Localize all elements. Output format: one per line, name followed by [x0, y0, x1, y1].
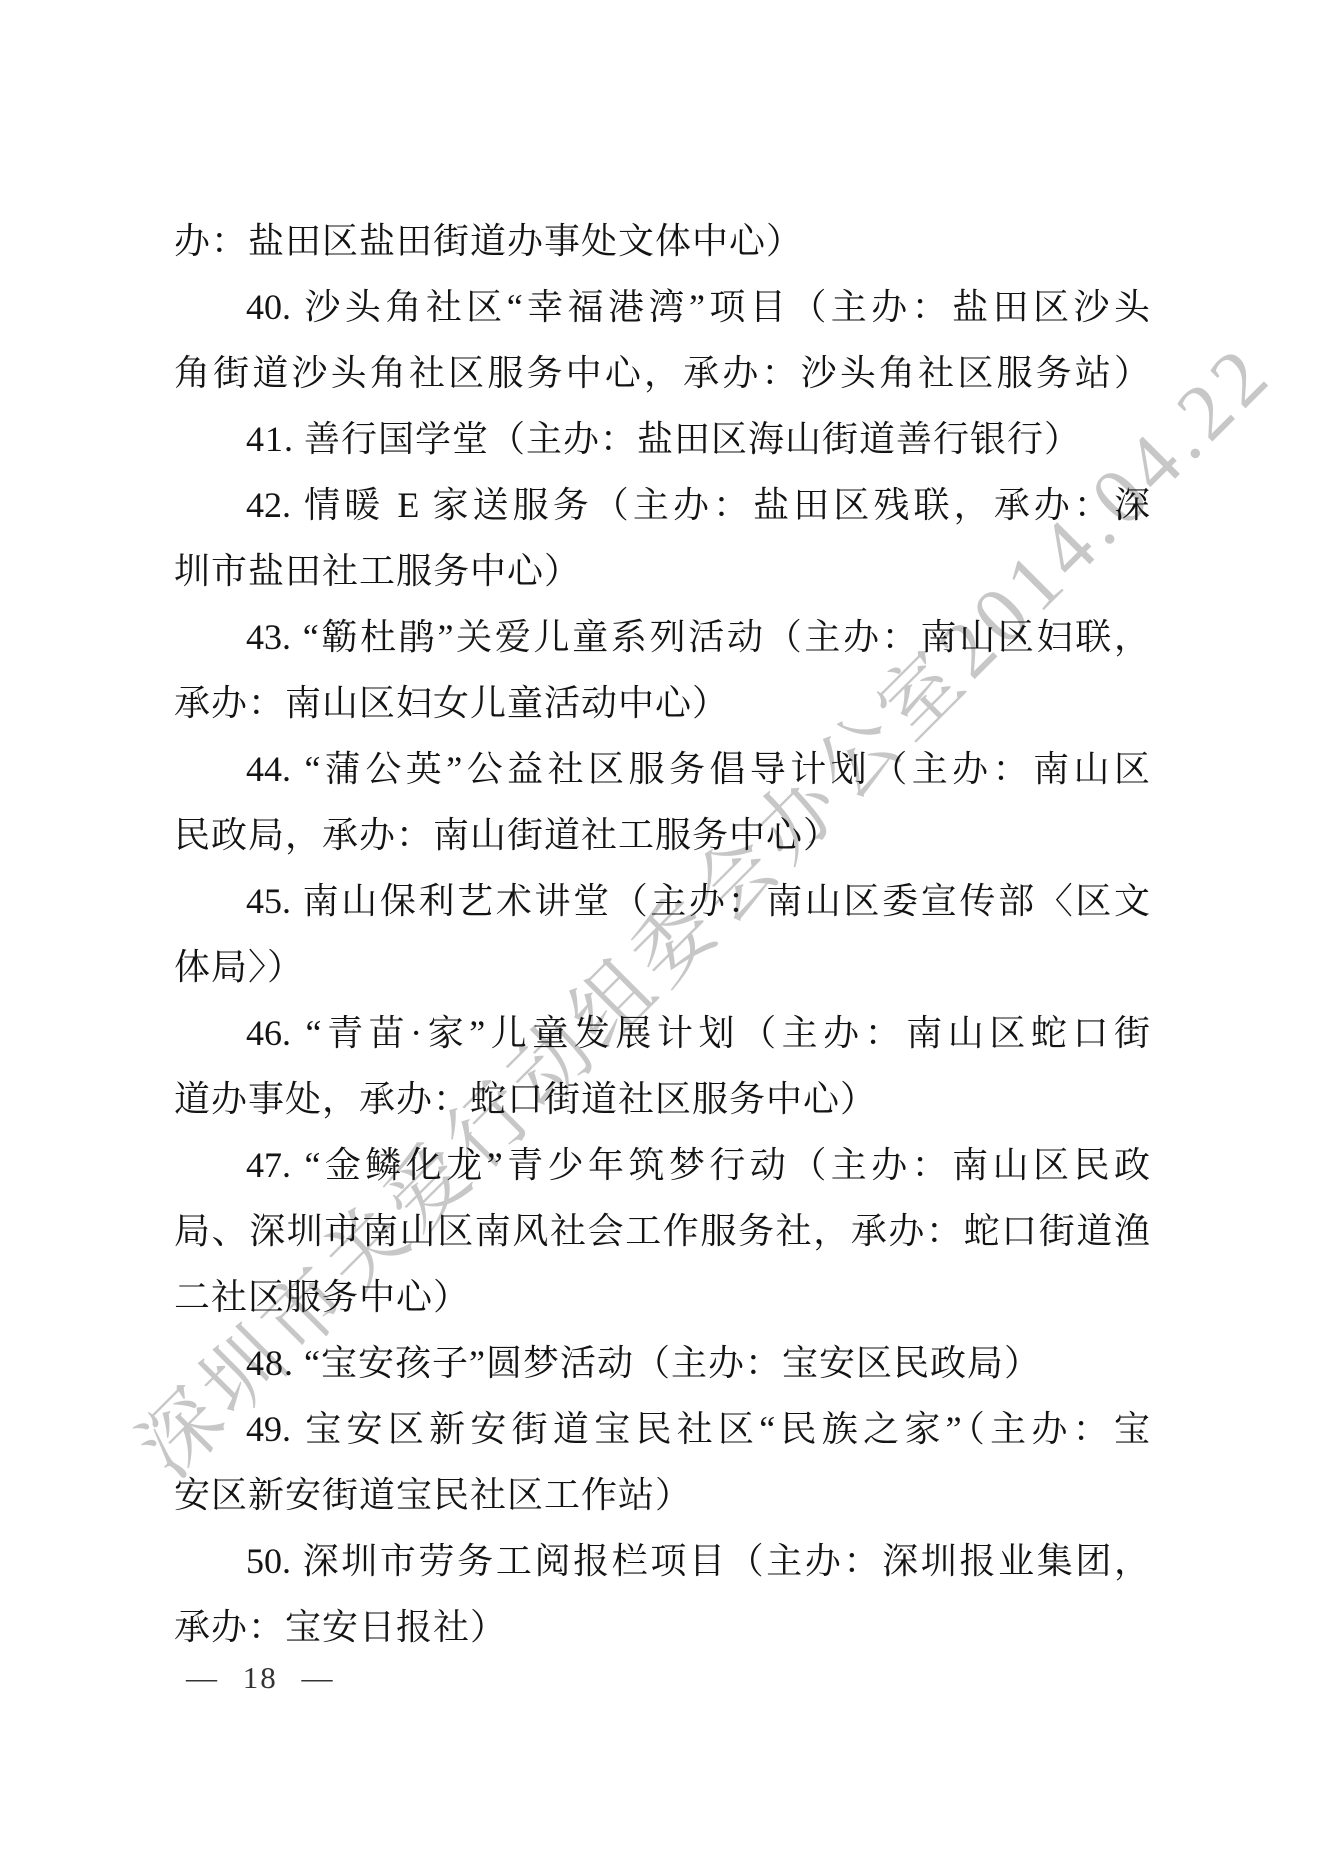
text-line: 46. “青苗·家”儿童发展计划（主办：南山区蛇口街 [174, 1000, 1150, 1066]
text-line: 44. “蒲公英”公益社区服务倡导计划（主办：南山区 [174, 736, 1150, 802]
text-line: 承办：南山区妇女儿童活动中心） [174, 670, 1150, 736]
text-line: 道办事处，承办：蛇口街道社区服务中心） [174, 1066, 1150, 1132]
text-line: 承办：宝安日报社） [174, 1594, 1150, 1660]
text-line: 体局〉） [174, 934, 1150, 1000]
document-page: 深圳市关爱行动组委会办公室2014.04.22 办：盐田区盐田街道办事处文体中心… [0, 0, 1323, 1871]
text-line: 民政局，承办：南山街道社工服务中心） [174, 802, 1150, 868]
page-number: — 18 — [186, 1660, 335, 1695]
text-line: 49. 宝安区新安街道宝民社区“民族之家”（主办：宝 [174, 1396, 1150, 1462]
text-line: 办：盐田区盐田街道办事处文体中心） [174, 208, 1150, 274]
text-line: 41. 善行国学堂（主办：盐田区海山街道善行银行） [174, 406, 1150, 472]
page-footer: — 18 — [186, 1658, 335, 1698]
text-line: 42. 情暖 E 家送服务（主办：盐田区残联，承办：深 [174, 472, 1150, 538]
text-line: 50. 深圳市劳务工阅报栏项目（主办：深圳报业集团， [174, 1528, 1150, 1594]
text-line: 47. “金鳞化龙”青少年筑梦行动（主办：南山区民政 [174, 1132, 1150, 1198]
text-line: 40. 沙头角社区“幸福港湾”项目（主办：盐田区沙头 [174, 274, 1150, 340]
text-line: 45. 南山保利艺术讲堂（主办：南山区委宣传部〈区文 [174, 868, 1150, 934]
text-line: 二社区服务中心） [174, 1264, 1150, 1330]
text-line: 48. “宝安孩子”圆梦活动（主办：宝安区民政局） [174, 1330, 1150, 1396]
text-line: 安区新安街道宝民社区工作站） [174, 1462, 1150, 1528]
text-line: 角街道沙头角社区服务中心，承办：沙头角社区服务站） [174, 340, 1150, 406]
text-line: 局、深圳市南山区南风社会工作服务社，承办：蛇口街道渔 [174, 1198, 1150, 1264]
text-line: 43. “簕杜鹃”关爱儿童系列活动（主办：南山区妇联， [174, 604, 1150, 670]
text-line: 圳市盐田社工服务中心） [174, 538, 1150, 604]
document-body: 办：盐田区盐田街道办事处文体中心）40. 沙头角社区“幸福港湾”项目（主办：盐田… [174, 208, 1150, 1660]
